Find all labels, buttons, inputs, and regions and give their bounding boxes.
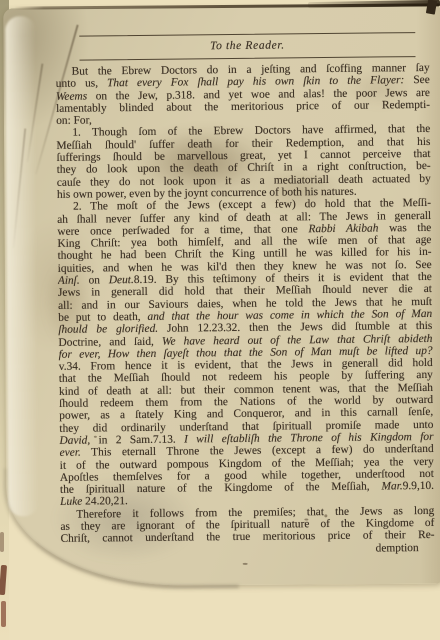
text-block: To the Reader. But the Ebrew Doctors do … xyxy=(55,32,434,558)
torn-left-edge xyxy=(5,16,38,516)
spine-mark xyxy=(1,601,6,627)
ink-speck xyxy=(243,563,248,565)
book-page: To the Reader. But the Ebrew Doctors do … xyxy=(3,6,440,587)
page-header: To the Reader. xyxy=(79,37,415,55)
spine-mark xyxy=(0,532,4,552)
header-rules: To the Reader. xyxy=(79,32,415,61)
page-body: But the Ebrew Doctors do in a jeſting an… xyxy=(56,62,435,558)
